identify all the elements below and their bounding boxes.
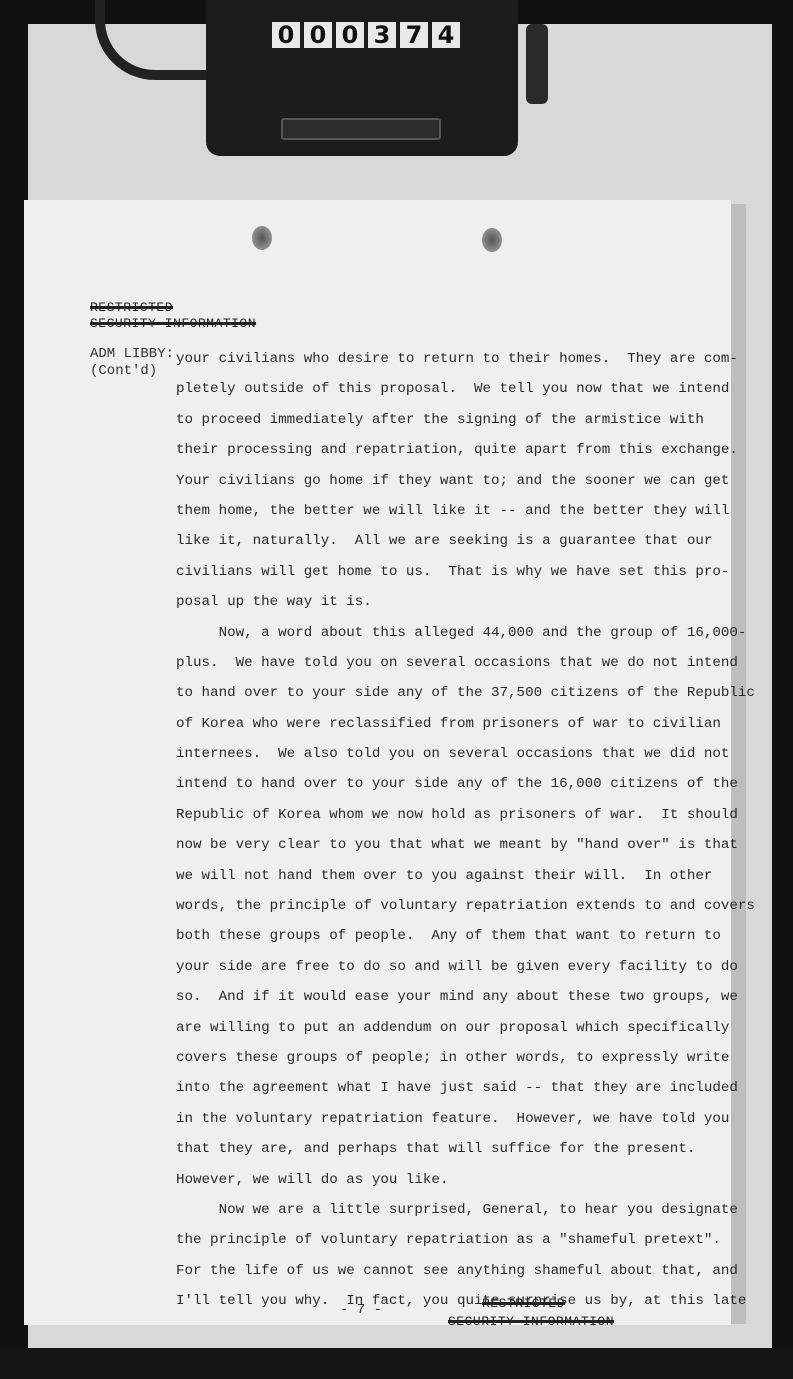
text-line: posal up the way it is. [176, 587, 676, 617]
transcript-body: your civilians who desire to return to t… [176, 344, 676, 1317]
text-line: Republic of Korea whom we now hold as pr… [176, 800, 676, 830]
text-line: internees. We also told you on several o… [176, 739, 676, 769]
text-line: pletely outside of this proposal. We tel… [176, 374, 676, 404]
counter-knob [526, 24, 548, 104]
text-line: Now, a word about this alleged 44,000 an… [176, 618, 676, 648]
footer-stamp-line2: SECURITY INFORMATION [448, 1314, 614, 1329]
counter-digit: 0 [304, 22, 332, 48]
text-line: now be very clear to you that what we me… [176, 830, 676, 860]
frame-counter: 0 0 0 3 7 4 [272, 22, 460, 48]
text-line: your civilians who desire to return to t… [176, 344, 676, 374]
speaker-label: ADM LIBBY: (Cont'd) [90, 346, 174, 380]
counter-digit: 3 [368, 22, 396, 48]
text-line: civilians will get home to us. That is w… [176, 557, 676, 587]
text-line: For the life of us we cannot see anythin… [176, 1256, 676, 1286]
counter-digit: 0 [272, 22, 300, 48]
text-line: to proceed immediately after the signing… [176, 405, 676, 435]
text-line: into the agreement what I have just said… [176, 1073, 676, 1103]
counter-digit: 0 [336, 22, 364, 48]
film-edge [0, 1348, 793, 1379]
text-line: them home, the better we will like it --… [176, 496, 676, 526]
punch-hole-icon [482, 228, 502, 252]
speaker-note: (Cont'd) [90, 363, 174, 380]
text-line: are willing to put an addendum on our pr… [176, 1013, 676, 1043]
text-line: covers these groups of people; in other … [176, 1043, 676, 1073]
text-line: Now we are a little surprised, General, … [176, 1195, 676, 1225]
text-line: plus. We have told you on several occasi… [176, 648, 676, 678]
counter-digit: 7 [400, 22, 428, 48]
punch-hole-icon [252, 226, 272, 250]
text-line: the principle of voluntary repatriation … [176, 1225, 676, 1255]
text-line: like it, naturally. All we are seeking i… [176, 526, 676, 556]
text-line: to hand over to your side any of the 37,… [176, 678, 676, 708]
speaker-name: ADM LIBBY: [90, 346, 174, 363]
text-line: we will not hand them over to you agains… [176, 861, 676, 891]
footer-stamp-line1: RESTRICTED [482, 1296, 565, 1311]
text-line: their processing and repatriation, quite… [176, 435, 676, 465]
counter-digit: 4 [432, 22, 460, 48]
counter-slot [281, 118, 441, 140]
text-line: However, we will do as you like. [176, 1165, 676, 1195]
classification-stamp-line1: RESTRICTED [90, 300, 173, 315]
text-line: Your civilians go home if they want to; … [176, 466, 676, 496]
text-line: both these groups of people. Any of them… [176, 921, 676, 951]
text-line: I'll tell you why. In fact, you quite su… [176, 1286, 676, 1316]
text-line: of Korea who were reclassified from pris… [176, 709, 676, 739]
text-line: intend to hand over to your side any of … [176, 769, 676, 799]
text-line: words, the principle of voluntary repatr… [176, 891, 676, 921]
text-line: your side are free to do so and will be … [176, 952, 676, 982]
text-line: so. And if it would ease your mind any a… [176, 982, 676, 1012]
text-line: that they are, and perhaps that will suf… [176, 1134, 676, 1164]
classification-stamp-line2: SECURITY INFORMATION [90, 316, 256, 331]
text-line: in the voluntary repatriation feature. H… [176, 1104, 676, 1134]
page-number: - 7 - [340, 1302, 382, 1318]
